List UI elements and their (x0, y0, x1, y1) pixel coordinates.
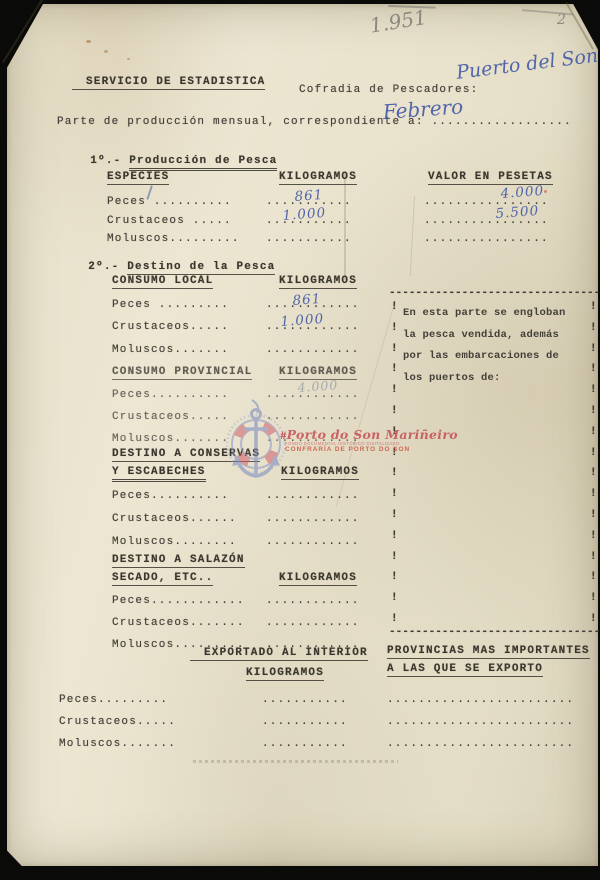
row-label: Crustaceos...... (112, 513, 237, 525)
note-line: por las embarcaciones de (403, 346, 566, 368)
block-col-kilogramos: KILOGRAMOS (281, 466, 359, 480)
kg-handwritten-value: 1.000 (280, 311, 325, 330)
note-box-text: En esta parte se engloban la pesca vendi… (403, 303, 566, 389)
row-label: Moluscos....... (59, 738, 176, 750)
row-dots: ............ (266, 595, 360, 607)
note-line: En esta parte se engloban (403, 303, 566, 325)
row-label: Moluscos......... (107, 233, 240, 245)
row-label: Crustaceos..... (112, 411, 229, 423)
row-label: Peces.......... (112, 389, 229, 401)
kg-handwritten-value: 861 (294, 187, 324, 205)
row-dots: ........... (262, 716, 348, 728)
block-col-kilogramos: KILOGRAMOS (279, 572, 357, 586)
row-dots: ............ (266, 617, 360, 629)
page-number: 2 (557, 12, 566, 28)
note-box-right-border: ! ! ! ! ! ! ! ! ! ! ! ! ! ! ! ! (590, 297, 597, 630)
row-dots: ............ (266, 411, 360, 423)
row-dots: ............ (266, 536, 360, 548)
row-label: Crustaceos..... (112, 321, 229, 333)
row-label: Moluscos........ (112, 536, 237, 548)
row-label: Peces............ (112, 595, 245, 607)
col-header-kilogramos: KILOGRAMOS (279, 171, 357, 185)
row-label: Moluscos....... (112, 433, 229, 445)
section3-col-kilogramos: KILOGRAMOS (246, 667, 324, 681)
row-label: Peces.......... (112, 490, 229, 502)
kg-handwritten-value: 861 (292, 291, 322, 309)
row-label: Crustaceos ..... (107, 215, 232, 227)
block-title-salazon: DESTINO A SALAZÓN (112, 554, 245, 568)
block-title-conservas: DESTINO A CONSERVAS (112, 448, 260, 462)
scan-background: 1.951 2 SERVICIO DE ESTADISTICA Cofradia… (0, 0, 600, 880)
row-label: Peces ......... (112, 299, 229, 311)
note-box-left-border: ! ! ! ! ! ! ! ! ! ! ! ! ! ! ! ! (391, 297, 398, 630)
row-label: Peces......... (59, 694, 168, 706)
row-label: Peces .......... (107, 196, 232, 208)
row-label: Moluscos....... (112, 344, 229, 356)
row-dots: ........... (262, 738, 348, 750)
kg-handwritten-value-faint: 4.000 (297, 377, 339, 395)
section2-title: Destino de la Pesca (127, 261, 275, 275)
section1-title: Producción de Pesca (129, 155, 277, 171)
kg-handwritten-value: 1.000 (282, 205, 327, 224)
block-title-consumo-local: CONSUMO LOCAL (112, 275, 213, 289)
block-title-consumo-provincial: CONSUMO PROVINCIAL (112, 366, 252, 380)
block-title-secado: SECADO, ETC.. (112, 572, 213, 586)
section1-number: 1º.- (90, 155, 129, 167)
block-title-escabeches: Y ESCABECHES (112, 466, 206, 482)
col-header-especies: ESPECIES (107, 171, 169, 185)
note-line: la pesca vendida, además (403, 325, 566, 347)
row-dots: ........................ (387, 716, 574, 728)
note-line: los puertos de: (403, 368, 566, 390)
row-dots: ............ (266, 513, 360, 525)
row-dots: ........................ (387, 694, 574, 706)
row-label: Crustaceos..... (59, 716, 176, 728)
note-box-bottom-border: -------------------------------- (389, 626, 600, 638)
row-dots: ............ (266, 433, 360, 445)
row-dots: ........... (266, 233, 352, 245)
report-period-line: Parte de producción mensual, correspondi… (57, 116, 572, 128)
row-dots: ........................ (387, 738, 574, 750)
valor-handwritten-value: 4.000 (500, 183, 545, 202)
valor-handwritten-value: 5.500 (495, 203, 540, 222)
section3-col-provincias-2: A LAS QUE SE EXPORTO (387, 663, 543, 677)
note-box-top-border: -------------------------------- (389, 287, 600, 299)
row-dots: ........... (262, 694, 348, 706)
row-dots: ............ (266, 490, 360, 502)
row-label: Crustaceos....... (112, 617, 245, 629)
section3-heading: EXPORTADO AL INTERIOR (190, 647, 368, 661)
section3-col-provincias-1: PROVINCIAS MAS IMPORTANTES (387, 645, 590, 659)
form-title: SERVICIO DE ESTADISTICA (72, 76, 265, 90)
row-dots: ................ (424, 233, 549, 245)
row-dots: ............ (266, 344, 360, 356)
section2-number: 2º.- (88, 261, 127, 273)
block-col-kilogramos: KILOGRAMOS (279, 275, 357, 289)
faded-line-smudge (193, 760, 398, 763)
